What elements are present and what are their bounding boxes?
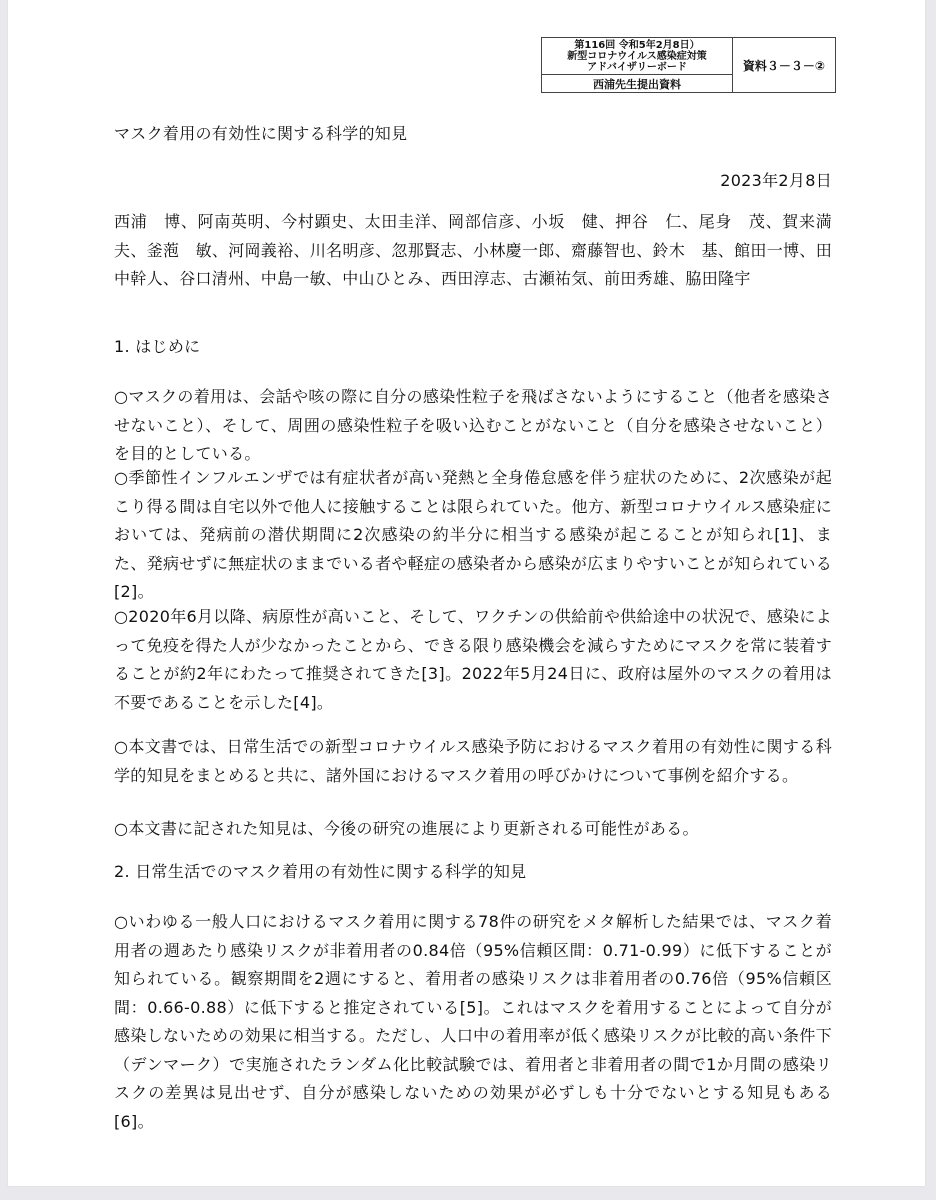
paragraph-update-note: ○本文書に記された知見は、今後の研究の進展により更新される可能性がある。 bbox=[114, 815, 832, 844]
paragraph-purpose: ○マスクの着用は、会話や咳の際に自分の感染性粒子を飛ばさないようにすること（他者… bbox=[114, 383, 832, 469]
submitter-label: 西浦先生提出資料 bbox=[542, 75, 732, 92]
document-title: マスク着用の有効性に関する科学的知見 bbox=[114, 120, 407, 149]
document-header-box: 第116回 令和5年2月8日） 新型コロナウイルス感染症対策 アドバイザリーボー… bbox=[541, 37, 836, 93]
paragraph-scope: ○本文書では、日常生活での新型コロナウイルス感染予防におけるマスク着用の有効性に… bbox=[114, 733, 832, 790]
section-heading-2: 2. 日常生活でのマスク着用の有効性に関する科学的知見 bbox=[114, 858, 832, 887]
meeting-line-2: 新型コロナウイルス感染症対策 bbox=[567, 51, 706, 62]
paragraph-influenza-comparison: ○季節性インフルエンザでは有症状者が高い発熱と全身倦怠感を伴う症状のために、2次… bbox=[114, 464, 832, 607]
document-date: 2023年2月8日 bbox=[720, 167, 832, 196]
document-page: 第116回 令和5年2月8日） 新型コロナウイルス感染症対策 アドバイザリーボー… bbox=[8, 0, 925, 1186]
meeting-line-3: アドバイザリーボード bbox=[587, 62, 687, 73]
paragraph-meta-analysis: ○いわゆる一般人口におけるマスク着用に関する78件の研究をメタ解析した結果では、… bbox=[114, 908, 832, 1136]
header-left-cell: 第116回 令和5年2月8日） 新型コロナウイルス感染症対策 アドバイザリーボー… bbox=[542, 38, 733, 92]
meeting-line-1: 第116回 令和5年2月8日） bbox=[574, 40, 699, 51]
document-number: 資料３－３－② bbox=[733, 38, 835, 92]
paragraph-history: ○2020年6月以降、病原性が高いこと、そして、ワクチンの供給前や供給途中の状況… bbox=[114, 603, 832, 717]
section-heading-1: 1. はじめに bbox=[114, 333, 832, 362]
author-list: 西浦 博、阿南英明、今村顕史、太田圭洋、岡部信彦、小坂 健、押谷 仁、尾身 茂、… bbox=[114, 208, 832, 294]
meeting-info: 第116回 令和5年2月8日） 新型コロナウイルス感染症対策 アドバイザリーボー… bbox=[542, 38, 732, 75]
